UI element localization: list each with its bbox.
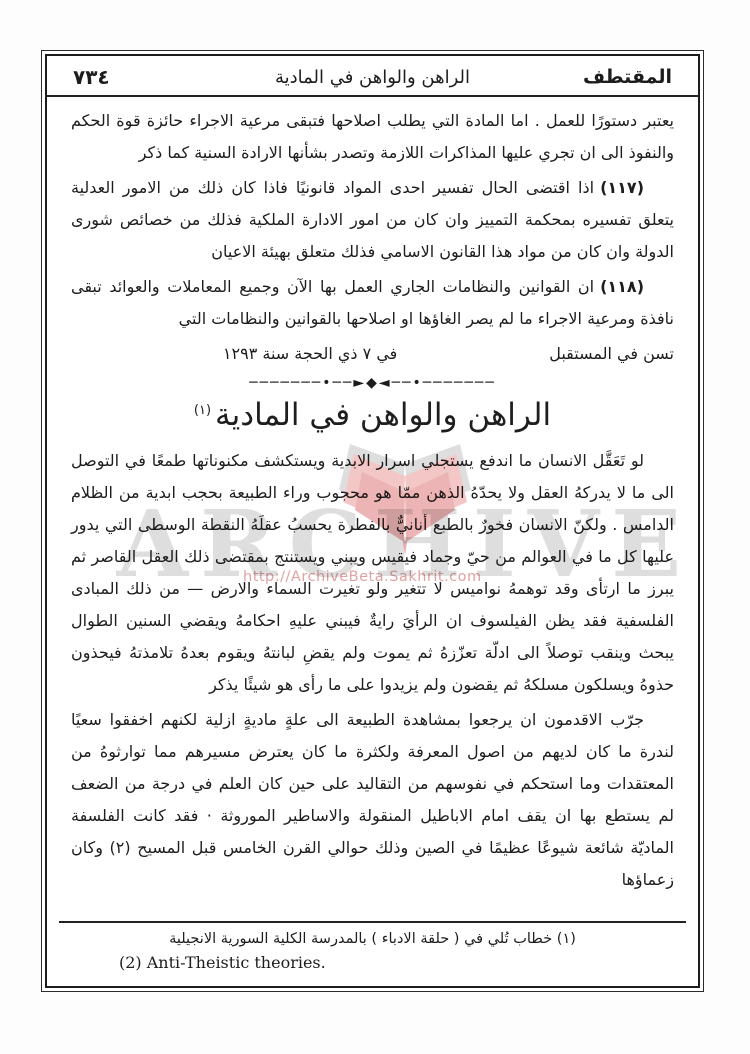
intro-continuation-paragraph: يعتبر دستورًا للعمل . اما المادة التي يط… [71, 105, 674, 169]
article-118-tail: تسن في المستقبل [549, 338, 674, 370]
article-117-number: (١١٧) [600, 178, 644, 197]
scanned-magazine-page: { "header": { "magazine_name": "المقتطف"… [0, 0, 750, 1054]
article-118-last-line: تسن في المستقبل في ٧ ذي الحجة سنة ١٢٩٣ [71, 338, 674, 370]
body-paragraph-1: لو تَعَقَّل الانسان ما اندفع يستجلي اسرا… [71, 445, 674, 701]
magazine-name: المقتطف [522, 66, 672, 88]
footnotes-section: (١) خطاب تُلي في ( حلقة الادباء ) بالمدر… [59, 921, 686, 986]
article-title-text: الراهن والواهن في المادية [215, 397, 551, 433]
running-title: الراهن والواهن في المادية [223, 67, 523, 88]
article-117-text: اذا اقتضى الحال تفسير احدى المواد قانوني… [71, 178, 674, 261]
footnote-arabic: (١) خطاب تُلي في ( حلقة الادباء ) بالمدر… [67, 931, 678, 947]
page-body: يعتبر دستورًا للعمل . اما المادة التي يط… [47, 97, 698, 899]
footnote-marker: (١) [194, 403, 211, 418]
page-frame-inner: المقتطف الراهن والواهن في المادية ٧٣٤ يع… [45, 54, 700, 988]
article-117-paragraph: (١١٧)اذا اقتضى الحال تفسير احدى المواد ق… [71, 172, 674, 268]
ornament-divider-icon: ───────•──►◆◄──•─────── [71, 376, 674, 390]
footnote-english: (2) Anti-Theistic theories. [67, 953, 678, 972]
page-header: المقتطف الراهن والواهن في المادية ٧٣٤ [47, 56, 698, 97]
page-frame: المقتطف الراهن والواهن في المادية ٧٣٤ يع… [41, 50, 704, 992]
article-title: الراهن والواهن في المادية(١) [71, 392, 674, 439]
page-number: ٧٣٤ [73, 65, 223, 89]
article-118-text: ان القوانين والنظامات الجاري العمل بها ا… [71, 277, 674, 328]
article-118-number: (١١٨) [600, 277, 644, 296]
body-paragraph-2: جرّب الاقدمون ان يرجعوا بمشاهدة الطبيعة … [71, 704, 674, 896]
hijri-date: في ٧ ذي الحجة سنة ١٢٩٣ [71, 338, 549, 370]
article-118-paragraph: (١١٨)ان القوانين والنظامات الجاري العمل … [71, 271, 674, 335]
